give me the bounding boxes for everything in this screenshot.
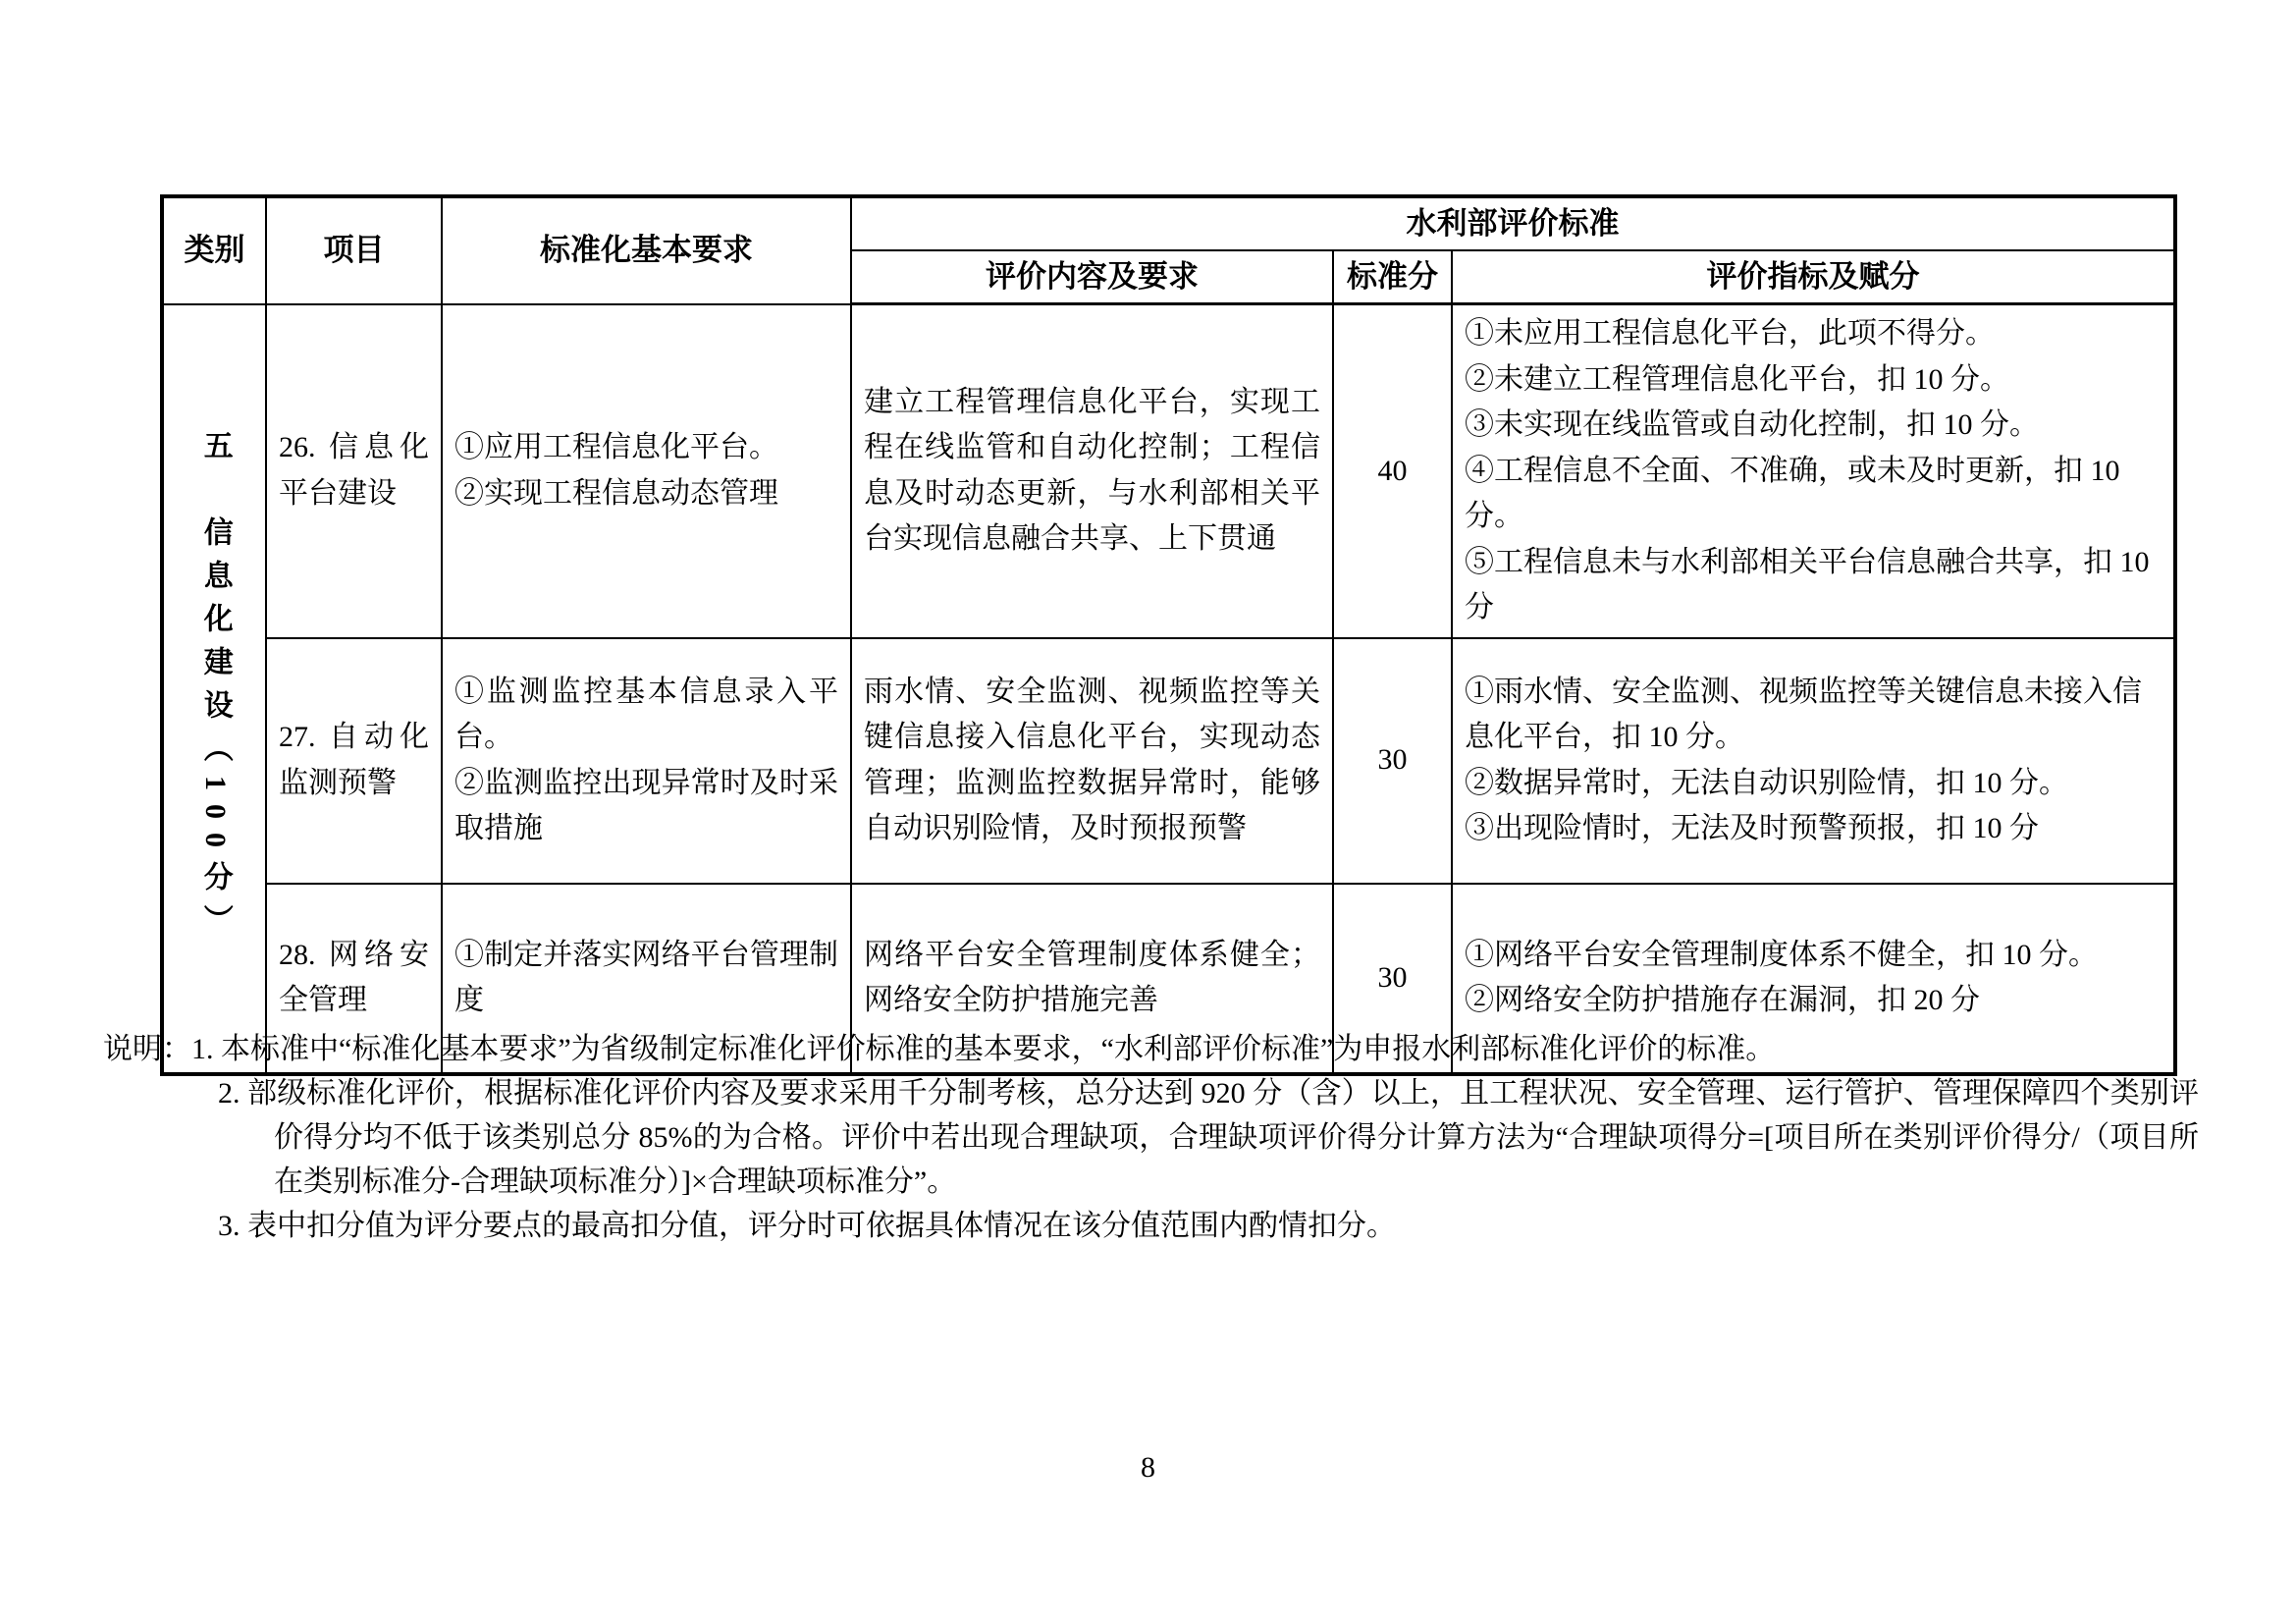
header-category: 类别 bbox=[162, 196, 266, 304]
eval-content-cell: 雨水情、安全监测、视频监控等关键信息接入信息化平台，实现动态管理；监测监控数据异… bbox=[851, 638, 1333, 884]
header-eval-indicators: 评价指标及赋分 bbox=[1452, 250, 2175, 304]
header-item: 项目 bbox=[266, 196, 442, 304]
eval-indicators-cell: ①雨水情、安全监测、视频监控等关键信息未接入信息化平台，扣 10 分。 ②数据异… bbox=[1452, 638, 2175, 884]
basic-requirement-cell: ①应用工程信息化平台。 ②实现工程信息动态管理 bbox=[442, 304, 851, 638]
document-page: 类别 项目 标准化基本要求 水利部评价标准 评价内容及要求 标准分 评价指标及赋… bbox=[0, 0, 2296, 1624]
header-basic-requirement: 标准化基本要求 bbox=[442, 196, 851, 304]
note-item-1: 1. 本标准中“标准化基本要求”为省级制定标准化评价标准的基本要求，“水利部评价… bbox=[191, 1033, 1775, 1065]
header-eval-content: 评价内容及要求 bbox=[851, 250, 1333, 304]
notes-section: 说明：1. 本标准中“标准化基本要求”为省级制定标准化评价标准的基本要求，“水利… bbox=[103, 1027, 2199, 1248]
page-number: 8 bbox=[0, 1451, 2296, 1485]
item-cell: 26. 信息化平台建设 bbox=[266, 304, 442, 638]
standard-score-cell: 30 bbox=[1333, 638, 1452, 884]
table-row-27: 27. 自动化监测预警 ①监测监控基本信息录入平台。 ②监测监控出现异常时及时采… bbox=[162, 638, 2175, 884]
note-line-1: 说明：1. 本标准中“标准化基本要求”为省级制定标准化评价标准的基本要求，“水利… bbox=[103, 1027, 2199, 1071]
basic-requirement-cell: ①监测监控基本信息录入平台。 ②监测监控出现异常时及时采取措施 bbox=[442, 638, 851, 884]
note-item-2: 2. 部级标准化评价，根据标准化评价内容及要求采用千分制考核，总分达到 920 … bbox=[218, 1071, 2199, 1204]
eval-content-cell: 建立工程管理信息化平台，实现工程在线监管和自动化控制；工程信息及时动态更新，与水… bbox=[851, 304, 1333, 638]
evaluation-table: 类别 项目 标准化基本要求 水利部评价标准 评价内容及要求 标准分 评价指标及赋… bbox=[160, 194, 2177, 1076]
standard-score-cell: 40 bbox=[1333, 304, 1452, 638]
table-row-26: 五 信息化建设（100分） 26. 信息化平台建设 ①应用工程信息化平台。 ②实… bbox=[162, 304, 2175, 638]
eval-indicators-cell: ①未应用工程信息化平台，此项不得分。 ②未建立工程管理信息化平台，扣 10 分。… bbox=[1452, 304, 2175, 638]
category-cell: 五 信息化建设（100分） bbox=[162, 304, 266, 1074]
notes-label: 说明： bbox=[103, 1033, 191, 1065]
header-ministry-standard: 水利部评价标准 bbox=[851, 196, 2175, 250]
header-standard-score: 标准分 bbox=[1333, 250, 1452, 304]
note-item-3: 3. 表中扣分值为评分要点的最高扣分值，评分时可依据具体情况在该分值范围内酌情扣… bbox=[218, 1204, 2199, 1248]
item-cell: 27. 自动化监测预警 bbox=[266, 638, 442, 884]
